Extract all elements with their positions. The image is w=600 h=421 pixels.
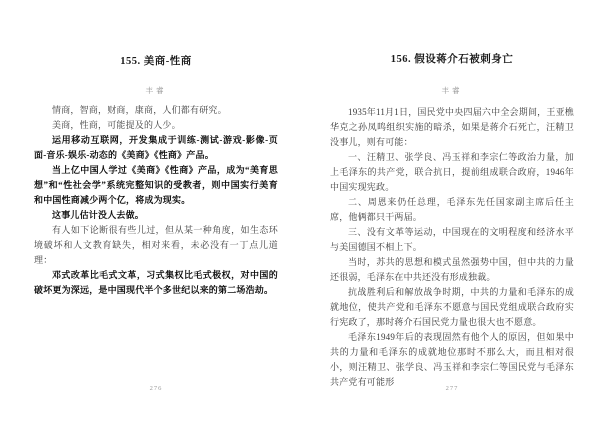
paragraph: 邓式改革比毛式文革，习式集权比毛式极权，对中国的破坏更为深远，是中国现代半个多世…	[34, 268, 278, 298]
paragraph: 一、汪精卫、张学良、冯玉祥和李宗仁等政治力量，加上毛泽东的共产党，联合抗日，提前…	[330, 150, 574, 195]
page-number-right: 277	[330, 385, 574, 392]
chapter-title-right: 156. 假设蒋介石被刺身亡	[330, 51, 574, 66]
paragraph: 这事儿估计没人去做。	[34, 208, 278, 223]
chapter-title-left: 155. 美商-性商	[34, 53, 278, 68]
paragraph: 毛泽东1949年后的表现固然有他个人的原因，但如果中共的力量和毛泽东的成就地位那…	[330, 330, 574, 390]
page-number-left: 276	[34, 385, 278, 392]
author-name-left: 丰睿	[34, 85, 278, 96]
right-page: 156. 假设蒋介石被刺身亡 丰睿 1935年11月1日，国民党中央四届六中全会…	[330, 0, 574, 421]
paragraph: 抗战胜利后和解放战争时期，中共的力量和毛泽东的成就地位，使共产党和毛泽东不愿意与…	[330, 285, 574, 330]
paragraph: 三、没有文革等运动，中国现在的文明程度和经济水平与美国德国不相上下。	[330, 225, 574, 255]
body-text-right: 1935年11月1日，国民党中央四届六中全会期间，王亚樵华克之孙凤鸣组织实施的暗…	[330, 105, 574, 390]
paragraph: 情商，智商，财商，康商，人们都有研究。	[34, 103, 278, 118]
paragraph: 1935年11月1日，国民党中央四届六中全会期间，王亚樵华克之孙凤鸣组织实施的暗…	[330, 105, 574, 150]
paragraph: 有人如下论断很有些儿过，但从某一种角度，如生态环境破坏和人文教育缺失，相对来看，…	[34, 223, 278, 268]
author-name-right: 丰睿	[330, 85, 574, 96]
paragraph: 当上亿中国人学过《美商》《性商》产品，成为“美育思想”和“性社会学”系统完整知识…	[34, 163, 278, 208]
paragraph: 二、周恩来仍任总理，毛泽东先任国家副主席后任主席，他俩都只干两届。	[330, 195, 574, 225]
paragraph: 当时，苏共的思想和模式虽然强势中国，但中共的力量还很弱，毛泽东在中共还没有形成独…	[330, 255, 574, 285]
paragraph: 美商，性商，可能提及的人少。	[34, 118, 278, 133]
body-text-left: 情商，智商，财商，康商，人们都有研究。 美商，性商，可能提及的人少。 运用移动互…	[34, 103, 278, 298]
left-page: 155. 美商-性商 丰睿 情商，智商，财商，康商，人们都有研究。 美商，性商，…	[34, 0, 278, 421]
book-spread: 155. 美商-性商 丰睿 情商，智商，财商，康商，人们都有研究。 美商，性商，…	[0, 0, 600, 421]
paragraph: 运用移动互联网，开发集成于训练-测试-游戏-影像-页面-音乐-娱乐-动态的《美商…	[34, 133, 278, 163]
